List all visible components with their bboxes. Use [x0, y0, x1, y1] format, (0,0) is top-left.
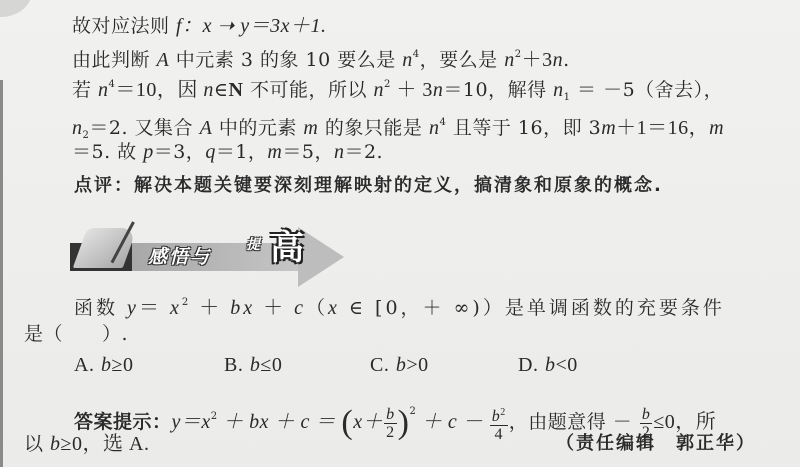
- text: ＝: [139, 297, 170, 319]
- right-paren: ): [398, 404, 410, 441]
- text: .: [563, 49, 570, 71]
- banner-title-big: 高: [270, 220, 304, 269]
- math-var: m: [267, 141, 282, 163]
- math-var: n: [374, 79, 385, 101]
- text: ＝10，解得: [443, 79, 553, 101]
- denominator: 4: [490, 426, 508, 443]
- text: ＝3，: [154, 141, 206, 163]
- option-label: A.: [74, 354, 94, 376]
- fraction-b2-over-4: b24: [490, 404, 508, 443]
- numerator: b: [640, 406, 653, 424]
- math-var: b: [396, 354, 407, 376]
- text: 以: [24, 433, 50, 455]
- option-b: B. b≤0: [224, 353, 282, 377]
- math-var: n: [429, 117, 440, 139]
- problem-line-2: 是（ ）.: [24, 322, 128, 346]
- option-relation: ≤0: [260, 354, 282, 376]
- text: ＝5，: [282, 141, 334, 163]
- math-var: n: [203, 79, 214, 101]
- math-var: y: [127, 297, 139, 319]
- text: 由此判断: [72, 49, 157, 71]
- text: 的象只能是: [318, 117, 429, 139]
- exponent: 2: [211, 411, 218, 422]
- editor-credit: （责任编辑 郭正华）: [556, 432, 756, 456]
- numerator-var: b: [492, 408, 501, 425]
- math: x＋: [353, 411, 383, 433]
- exponent: 2: [500, 407, 506, 418]
- text: 且等于 16，即 3: [446, 117, 601, 139]
- math-var: q: [205, 141, 216, 163]
- option-label: D.: [518, 354, 538, 376]
- text: 中元素 3 的象 10 要么是: [169, 49, 402, 71]
- math-var: p: [143, 141, 154, 163]
- arrow-right-icon: [298, 227, 344, 287]
- answer-label: 答案提示：: [74, 411, 172, 433]
- text: ＋: [255, 297, 294, 319]
- math-var: b: [50, 433, 61, 455]
- natural-numbers-symbol: N: [229, 79, 244, 101]
- solution-line-1: 故对应法则 f：x ➝ y＝3x＋1.: [72, 14, 327, 38]
- math-var: m: [709, 117, 724, 139]
- math-var: m: [601, 117, 616, 139]
- solution-line-5: ＝5. 故 p＝3，q＝1，m＝5，n＝2.: [72, 140, 383, 164]
- comment-line: 点评：解决本题关键要深刻理解映射的定义，搞清象和原象的概念.: [74, 174, 663, 198]
- math-var: n: [334, 141, 345, 163]
- section-banner: 感悟与 提 高: [70, 222, 350, 282]
- solution-line-3: 若 n4＝10，因 n∈N 不可能，所以 n2 ＋ 3n＝10，解得 n1 ＝ …: [72, 73, 723, 110]
- math-var: A: [157, 49, 170, 71]
- exponent: 4: [413, 49, 420, 60]
- subscript: 1: [564, 92, 571, 103]
- math-var: n: [504, 49, 515, 71]
- math-var: n: [98, 79, 109, 101]
- option-relation: >0: [406, 354, 428, 376]
- text: 不可能，所以: [243, 79, 373, 101]
- text: ＝1，: [216, 141, 268, 163]
- math: ＋ bx ＋ c ＝: [218, 411, 342, 433]
- text: ＝2. 又集合: [89, 117, 199, 139]
- page-border-left: [0, 80, 3, 467]
- option-a: A. b≥0: [74, 353, 133, 377]
- text: ≤0，所: [653, 411, 716, 433]
- text: ∈: [214, 79, 229, 101]
- denominator: 2: [384, 424, 397, 441]
- option-relation: <0: [556, 354, 578, 376]
- math-var: x: [170, 297, 182, 319]
- answer-line-2: 以 b≥0，选 A.: [24, 432, 149, 456]
- banner-title-small: 提: [246, 234, 260, 254]
- math-var: bx: [230, 297, 255, 319]
- text: ＝ －5（舍去），: [571, 79, 724, 101]
- option-label: B.: [224, 354, 243, 376]
- text: 函数: [74, 297, 127, 319]
- text: ＝2.: [344, 141, 383, 163]
- option-c: C. b>0: [370, 353, 429, 377]
- text: ＝10，因: [115, 79, 203, 101]
- math-var: b: [101, 354, 112, 376]
- text: （: [306, 297, 328, 319]
- math-var: b: [545, 354, 556, 376]
- text: 中的元素: [212, 117, 303, 139]
- problem-line-1: 函数 y＝ x2 ＋ bx ＋ c（x ∈ [0，＋ ∞)）是单调函数的充要条件: [74, 291, 725, 320]
- text: 故对应法则: [72, 15, 176, 37]
- math-var: x: [328, 297, 340, 319]
- banner-title: 感悟与: [148, 242, 211, 269]
- math: y＝x: [172, 411, 211, 433]
- fraction-b-over-2: b2: [384, 406, 397, 441]
- exponent: 2: [515, 49, 522, 60]
- text: ∈ [0，＋ ∞)）是单调函数的充要条件: [340, 297, 725, 319]
- math-var: n: [402, 49, 413, 71]
- exponent: 2: [182, 297, 191, 308]
- answer-line-1: 答案提示：y＝x2 ＋ bx ＋ c ＝ (x＋b2)2 ＋ c － b24，由…: [74, 392, 716, 432]
- text: ＋3: [522, 49, 553, 71]
- text: ≥0，选 A.: [61, 433, 150, 455]
- mapping-formula: f：x ➝ y＝3x＋1.: [176, 15, 326, 37]
- math-var: b: [250, 354, 261, 376]
- option-label: C.: [370, 354, 389, 376]
- text: ＋ 3: [391, 79, 433, 101]
- math-var: n: [433, 79, 444, 101]
- exponent: 2: [384, 79, 391, 90]
- math-var: n: [553, 49, 564, 71]
- text: ＋: [191, 297, 230, 319]
- text: ＋1＝16，: [616, 117, 709, 139]
- math-var: c: [294, 297, 306, 319]
- solution-line-2: 由此判断 A 中元素 3 的象 10 要么是 n4，要么是 n2＋3n.: [72, 43, 570, 72]
- math-var: m: [303, 117, 318, 139]
- math-var: n: [72, 117, 83, 139]
- text: ，由题意得 －: [509, 411, 639, 433]
- text: 若: [72, 79, 98, 101]
- option-d: D. b<0: [518, 353, 578, 377]
- document-page: 故对应法则 f：x ➝ y＝3x＋1. 由此判断 A 中元素 3 的象 10 要…: [0, 0, 800, 467]
- page-corner-mark: [0, 0, 32, 17]
- math-var: A: [200, 117, 213, 139]
- math-var: n: [553, 79, 564, 101]
- left-paren: (: [341, 404, 353, 441]
- text: ＝5. 故: [72, 141, 143, 163]
- math: ＋ c －: [416, 411, 488, 433]
- text: ，要么是: [420, 49, 505, 71]
- numerator: b: [384, 406, 397, 424]
- option-relation: ≥0: [112, 354, 134, 376]
- numerator: b2: [490, 404, 508, 426]
